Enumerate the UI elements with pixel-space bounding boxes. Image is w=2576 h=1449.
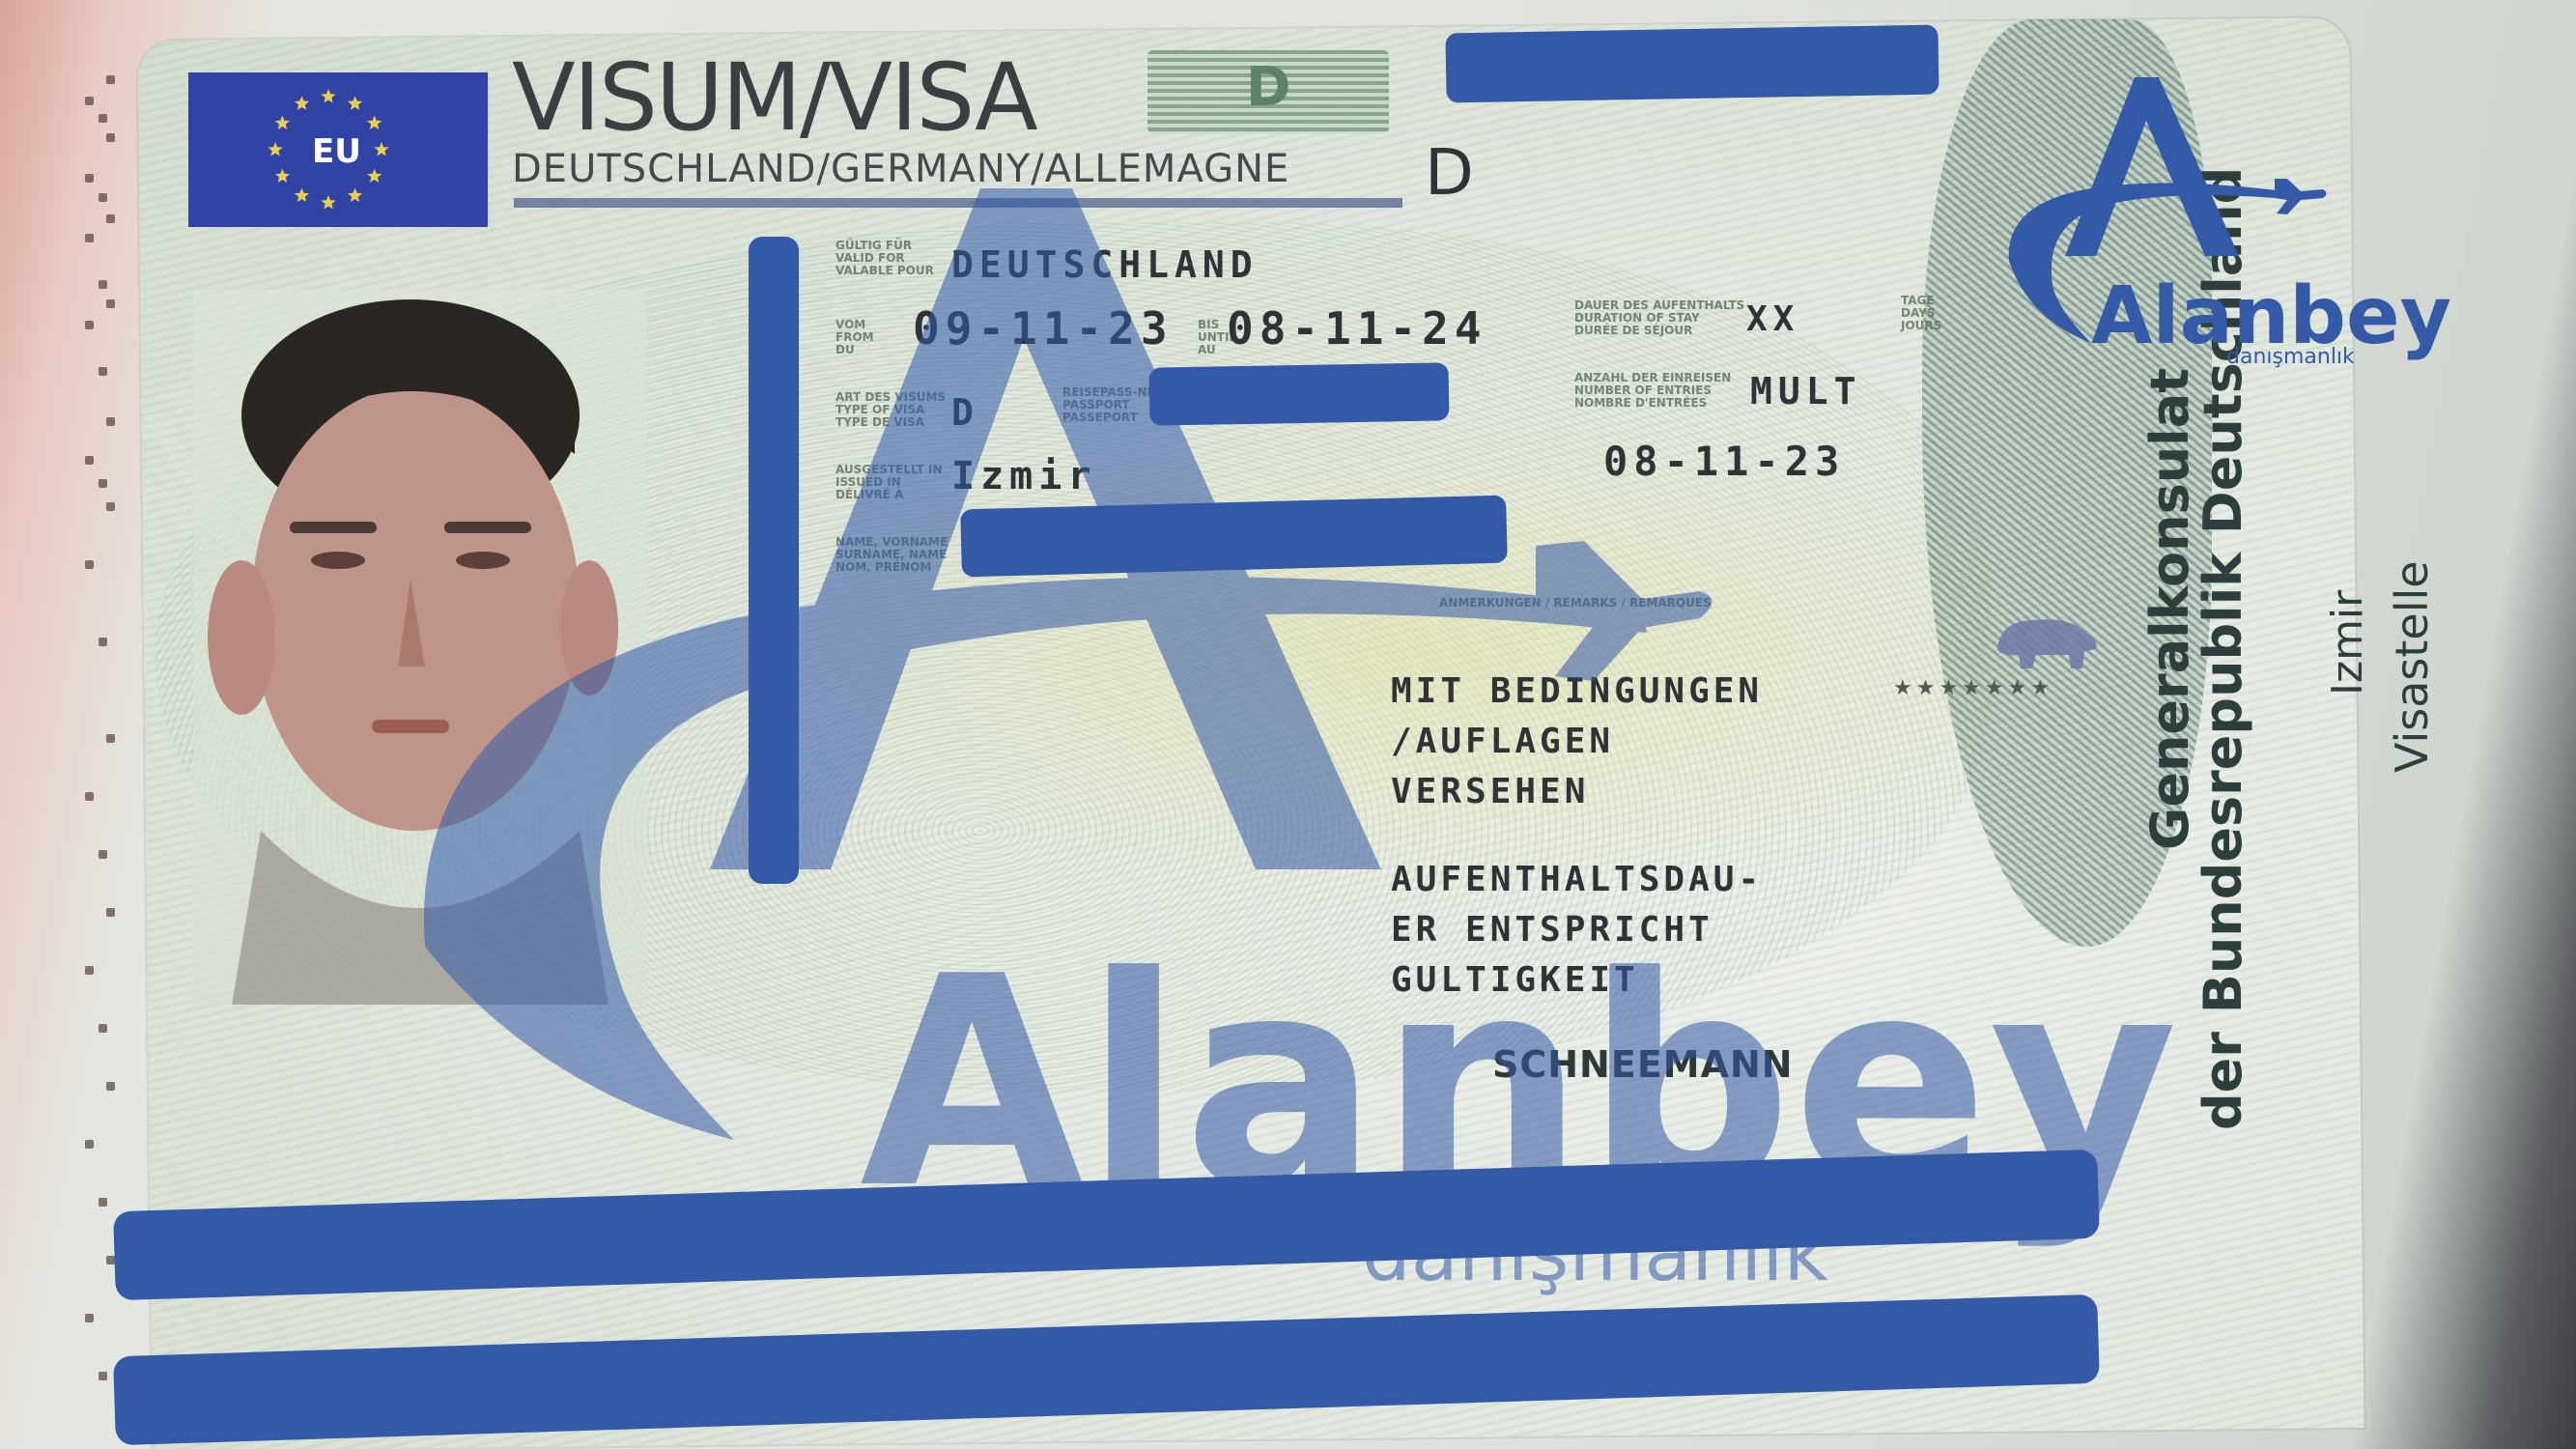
country-code: D xyxy=(1425,135,1474,210)
eu-label: EU xyxy=(312,132,361,171)
valid-for-value: DEUTSCHLAND xyxy=(951,243,1259,286)
perforation-dot xyxy=(99,850,107,859)
perforation-dot xyxy=(99,479,107,488)
perforation-dot xyxy=(99,193,107,202)
perforation-dot xyxy=(85,966,94,975)
stamp-section: Visastelle xyxy=(2386,560,2438,773)
perforation-dot xyxy=(106,734,115,743)
perforation-dot xyxy=(99,367,107,376)
remarks-block: MIT BEDINGUNGEN /AUFLAGEN VERSEHEN xyxy=(1391,667,1763,817)
perforation-dot xyxy=(85,174,94,183)
perforation-dot xyxy=(85,321,94,329)
stamp-line-1: Generalkonsulat xyxy=(2139,368,2200,850)
duration-value: XX xyxy=(1746,299,1799,339)
visa-title: VISUM/VISA xyxy=(512,43,1036,152)
perforation-dot xyxy=(85,560,94,569)
entries-value: MULT xyxy=(1750,370,1862,412)
redaction-bar xyxy=(1445,25,1939,103)
visa-type-value: D xyxy=(951,391,979,434)
remarks-line: GULTIGKEIT xyxy=(1391,955,1763,1006)
from-date: 09-11-23 xyxy=(913,302,1174,355)
perforation-dot xyxy=(99,638,107,646)
issue-date: 08-11-23 xyxy=(1603,438,1845,485)
holder-photo xyxy=(193,290,647,1005)
valid-for-label: GÜLTIG FÜRVALID FORVALABLE POUR xyxy=(835,240,934,277)
stars-row: ★★★★★★★ xyxy=(1893,676,2053,700)
redaction-bar xyxy=(749,237,799,884)
name-label: NAME, VORNAMESURNAME, NAMENOM, PRÉNOM xyxy=(835,536,948,574)
remarks-line: AUFENTHALTSDAU- xyxy=(1391,855,1763,905)
microprint-band xyxy=(514,198,1402,208)
remarks-line: MIT BEDINGUNGEN xyxy=(1391,667,1763,717)
perforation-dot xyxy=(106,1082,115,1091)
perforation-dot xyxy=(106,133,115,142)
perforation-dot xyxy=(106,299,115,308)
stamp-line-2: der Bundesrepublik Deutschland xyxy=(2193,167,2253,1130)
perforation-dot xyxy=(106,908,115,917)
perforation-dot xyxy=(85,792,94,801)
perforation-dot xyxy=(99,114,107,123)
perforation-dot xyxy=(99,1198,107,1207)
perforation-dot xyxy=(106,214,115,223)
issued-in-value: Izmir xyxy=(951,454,1096,498)
redaction-bar xyxy=(1149,362,1450,425)
officer-signature: SCHNEEMANN xyxy=(1492,1043,1794,1086)
duration-label: DAUER DES AUFENTHALTSDURATION OF STAYDUR… xyxy=(1574,299,1744,337)
perforation-dot xyxy=(85,456,94,465)
perforation-dot xyxy=(99,1024,107,1033)
issued-in-label: AUSGESTELLT INISSUED INDÉLIVRÉ À xyxy=(835,464,943,501)
redaction-bar xyxy=(960,496,1508,578)
perforation-dot xyxy=(85,1314,94,1322)
passport-label: REISEPASS-NR.PASSPORTPASSEPORT xyxy=(1062,386,1161,424)
stamp-city: Izmir xyxy=(2323,590,2372,696)
eu-flag: EU xyxy=(188,72,488,227)
remarks-line: VERSEHEN xyxy=(1391,767,1763,817)
perforation-dot xyxy=(85,234,94,242)
perforation-dot xyxy=(99,280,107,289)
from-label: VOMFROMDU xyxy=(835,319,874,356)
perforation-dot xyxy=(106,502,115,511)
until-date: 08-11-24 xyxy=(1227,302,1487,355)
remarks-label: ANMERKUNGEN / REMARKS / REMARQUES xyxy=(1439,597,1712,610)
perforation-dot xyxy=(99,1372,107,1380)
remarks-block-duration: AUFENTHALTSDAU- ER ENTSPRICHT GULTIGKEIT xyxy=(1391,855,1763,1006)
days-label: TAGEDAYSJOURS xyxy=(1901,295,1941,332)
perforation-dot xyxy=(85,97,94,105)
remarks-line: /AUFLAGEN xyxy=(1391,717,1763,767)
remarks-line: ER ENTSPRICHT xyxy=(1391,905,1763,955)
visa-type-label: ART DES VISUMSTYPE OF VISATYPE DE VISA xyxy=(835,391,946,429)
berlin-bear-icon xyxy=(1988,611,2104,672)
issuing-country: DEUTSCHLAND/GERMANY/ALLEMAGNE xyxy=(512,147,1289,191)
perforation-dot xyxy=(106,417,115,426)
portrait-icon xyxy=(193,290,647,1005)
perforation-dot xyxy=(85,1140,94,1149)
perforation-dot xyxy=(106,75,115,84)
emblem-letter: D xyxy=(1246,56,1290,119)
entries-label: ANZAHL DER EINREISENNUMBER OF ENTRIESNOM… xyxy=(1574,372,1731,410)
